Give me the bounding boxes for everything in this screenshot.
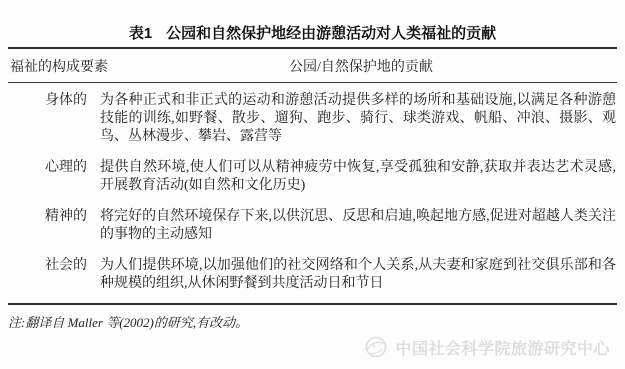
row-content: 将完好的自然环境保存下来,以供沉思、反思和启迪,唤起地方感,促进对超越人类关注的… [100, 208, 617, 244]
row-content: 为人们提供环境,以加强他们的社交网络和个人关系,从夫妻和家庭到社交俱乐部和各种规… [100, 257, 617, 293]
row-label: 心理的 [8, 159, 100, 195]
table-row-psychological: 心理的 提供自然环境,使人们可以从精神疲劳中恢复,享受孤独和安静,获取并表达艺术… [8, 159, 617, 195]
table-number: 表1 [129, 25, 152, 42]
table-caption: 公园和自然保护地经由游憩活动对人类福祉的贡献 [166, 25, 496, 42]
wellbeing-table: 福祉的构成要素 公园/自然保护地的贡献 身体的 为各种正式和非正式的运动和游憩活… [8, 47, 617, 305]
header-wellbeing-element: 福祉的构成要素 [8, 56, 105, 76]
row-content: 为各种正式和非正式的运动和游憩活动提供多样的场所和基础设施,以满足各种游憩技能的… [100, 92, 617, 146]
row-content: 提供自然环境,使人们可以从精神疲劳中恢复,享受孤独和安静,获取并表达艺术灵感,开… [100, 159, 617, 195]
row-label: 社会的 [8, 257, 100, 293]
row-label: 身体的 [8, 92, 100, 146]
table-row-spiritual: 精神的 将完好的自然环境保存下来,以供沉思、反思和启迪,唤起地方感,促进对超越人… [8, 208, 617, 244]
table-figure: 表1公园和自然保护地经由游憩活动对人类福祉的贡献 福祉的构成要素 公园/自然保护… [0, 0, 625, 331]
header-contribution: 公园/自然保护地的贡献 [105, 56, 617, 76]
watermark-text: 中国社会科学院旅游研究中心 [395, 336, 610, 359]
table-header-row: 福祉的构成要素 公园/自然保护地的贡献 [8, 49, 617, 83]
watermark: 中国社会科学院旅游研究中心 [363, 335, 610, 360]
research-center-logo-icon [363, 335, 388, 360]
table-note: 注:翻译自 Maller 等(2002)的研究,有改动。 [8, 312, 625, 331]
table-title: 表1公园和自然保护地经由游憩活动对人类福祉的贡献 [0, 0, 625, 44]
row-label: 精神的 [8, 208, 100, 244]
table-row-social: 社会的 为人们提供环境,以加强他们的社交网络和个人关系,从夫妻和家庭到社交俱乐部… [8, 257, 617, 293]
table-row-physical: 身体的 为各种正式和非正式的运动和游憩活动提供多样的场所和基础设施,以满足各种游… [8, 92, 617, 146]
table-body: 身体的 为各种正式和非正式的运动和游憩活动提供多样的场所和基础设施,以满足各种游… [8, 83, 617, 305]
